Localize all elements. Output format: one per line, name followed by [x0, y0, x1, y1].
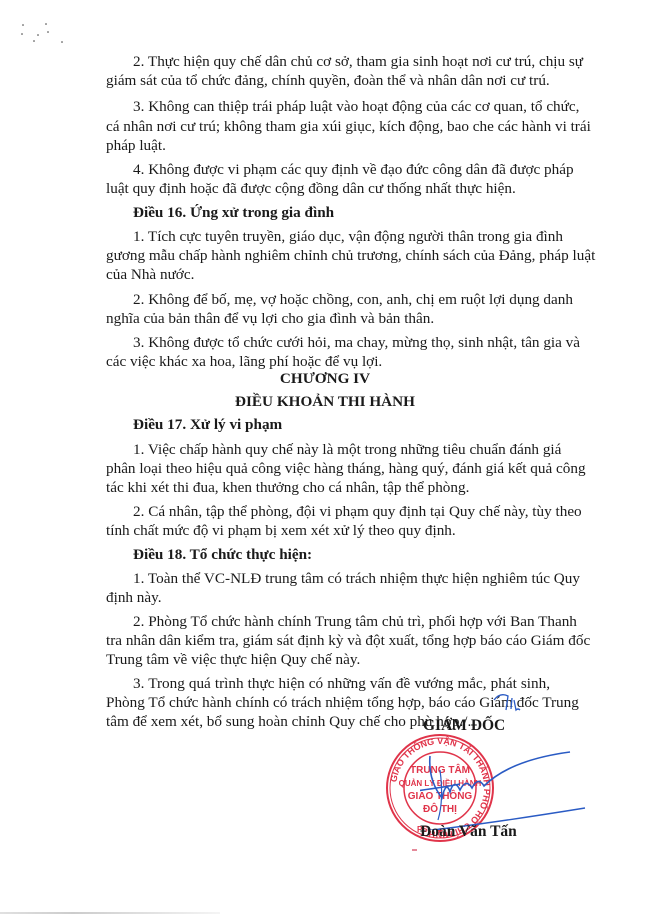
paragraph-line: của Nhà nước.	[106, 265, 194, 284]
paragraph-line: định này.	[106, 588, 162, 607]
paragraph-line: tính chất mức độ vi phạm bị xem xét xử l…	[106, 521, 456, 540]
paragraph-line: phân loại theo hiệu quả công việc hàng t…	[106, 459, 550, 478]
paragraph-line: luật quy định hoặc đã được cộng đồng dân…	[106, 179, 516, 198]
paragraph-line: tâm để xem xét, bổ sung hoàn chỉnh Quy c…	[106, 712, 471, 731]
scan-edge-artifact	[0, 912, 220, 914]
paragraph-line: 2. Thực hiện quy chế dân chủ cơ sở, tham…	[133, 52, 550, 71]
document-page: 2. Thực hiện quy chế dân chủ cơ sở, tham…	[0, 0, 650, 923]
chapter-title: ĐIỀU KHOẢN THI HÀNH	[0, 392, 650, 411]
paragraph-line: tác khi xét thi đua, khen thưởng cho cá …	[106, 478, 469, 497]
paragraph-line: Phòng Tổ chức hành chính có trách nhiệm …	[106, 693, 550, 712]
paragraph-line: 3. Không được tổ chức cưới hỏi, ma chay,…	[133, 333, 550, 352]
paragraph-line: 4. Không được vi phạm các quy định về đạ…	[133, 160, 550, 179]
paragraph-line: 1. Toàn thể VC-NLĐ trung tâm có trách nh…	[133, 569, 550, 588]
signatory-name: Đoàn Văn Tấn	[420, 823, 517, 841]
paragraph-line: 2. Cá nhân, tập thể phòng, đội vi phạm q…	[133, 502, 550, 521]
article-18-heading: Điều 18. Tổ chức thực hiện:	[133, 545, 312, 564]
paragraph-line: 1. Tích cực tuyên truyền, giáo dục, vận …	[133, 227, 550, 246]
scan-specks	[18, 20, 68, 45]
handwritten-signature-icon	[420, 740, 600, 830]
article-17-heading: Điều 17. Xử lý vi phạm	[133, 415, 282, 434]
article-16-heading: Điều 16. Ứng xử trong gia đình	[133, 203, 334, 222]
chapter-number: CHƯƠNG IV	[0, 369, 650, 388]
handwritten-initial-icon	[492, 692, 522, 712]
paragraph-line: giám sát của tổ chức đảng, chính quyền, …	[106, 71, 550, 90]
paragraph-line: 2. Phòng Tổ chức hành chính Trung tâm ch…	[133, 612, 550, 631]
ink-mark	[412, 849, 417, 851]
paragraph-line: gương mẫu chấp hành nghiêm chỉnh chủ trư…	[106, 246, 550, 265]
paragraph-line: 1. Việc chấp hành quy chế này là một tro…	[133, 440, 550, 459]
paragraph-line: tra nhân dân kiểm tra, giám sát định kỳ …	[106, 631, 550, 650]
paragraph-line: cá nhân nơi cư trú; không tham gia xúi g…	[106, 117, 550, 136]
paragraph-line: 3. Trong quá trình thực hiện có những vấ…	[133, 674, 550, 693]
paragraph-line: Trung tâm về việc thực hiện Quy chế này.	[106, 650, 360, 669]
paragraph-line: nghĩa của bản thân để vụ lợi cho gia đìn…	[106, 309, 434, 328]
paragraph-line: 2. Không để bố, mẹ, vợ hoặc chồng, con, …	[133, 290, 550, 309]
paragraph-line: 3. Không can thiệp trái pháp luật vào ho…	[133, 97, 550, 116]
paragraph-line: pháp luật.	[106, 136, 166, 155]
